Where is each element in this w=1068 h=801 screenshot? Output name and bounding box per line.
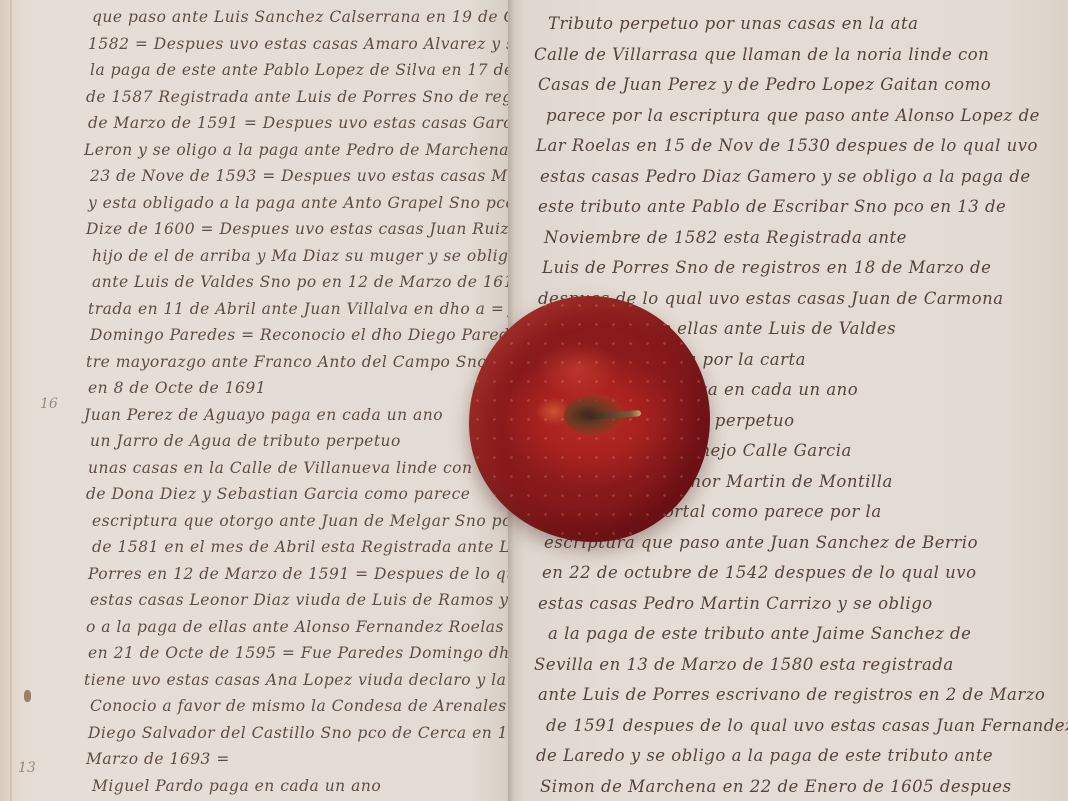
manuscript-line: Luis de Porres Sno de registros en 18 de… xyxy=(542,258,991,277)
manuscript-line: Diego Salvador del Castillo Sno pco de C… xyxy=(88,724,512,742)
manuscript-line: Marzo de 1693 = xyxy=(86,750,230,768)
manuscript-line: Conocio a favor de mismo la Condesa de A… xyxy=(90,697,507,715)
manuscript-line: a la paga de este tributo ante Jaime San… xyxy=(548,624,971,643)
margin-note: 13 xyxy=(18,760,36,776)
manuscript-line: 23 de Nove de 1593 = Despues uvo estas c… xyxy=(90,167,512,185)
manuscript-line: estas casas Leonor Diaz viuda de Luis de… xyxy=(90,591,512,609)
margin-note: 16 xyxy=(40,396,58,412)
manuscript-line: tre mayorazgo ante Franco Anto del Campo… xyxy=(86,353,512,371)
manuscript-line: Dize de 1600 = Despues uvo estas casas J… xyxy=(86,220,512,238)
manuscript-line: de Marzo de 1591 = Despues uvo estas cas… xyxy=(88,114,512,132)
manuscript-line: de 1581 en el mes de Abril esta Registra… xyxy=(92,538,512,556)
manuscript-line: Simon de Marchena en 22 de Enero de 1605… xyxy=(540,777,1012,796)
manuscript-line: Juan Perez de Aguayo paga en cada un ano xyxy=(84,406,443,424)
manuscript-line: Leron y se oligo a la paga ante Pedro de… xyxy=(84,141,509,159)
manuscript-left-page: que paso ante Luis Sanchez Calserrana en… xyxy=(0,0,512,801)
manuscript-line: escriptura que otorgo ante Juan de Melga… xyxy=(92,512,512,530)
manuscript-line: este tributo ante Pablo de Escribar Sno … xyxy=(538,197,1006,216)
apple xyxy=(469,296,710,542)
manuscript-line: Domingo Paredes = Reconocio el dho Diego… xyxy=(90,326,512,344)
manuscript-line: estas casas Pedro Diaz Gamero y se oblig… xyxy=(540,167,1031,186)
manuscript-line: de 1591 despues de lo qual uvo estas cas… xyxy=(546,716,1068,735)
manuscript-line: 1582 = Despues uvo estas casas Amaro Alv… xyxy=(88,35,512,53)
manuscript-line: Calle de Villarrasa que llaman de la nor… xyxy=(534,45,989,64)
manuscript-line: o a la paga de ellas ante Alonso Fernand… xyxy=(86,618,512,636)
manuscript-line: Porres en 12 de Marzo de 1591 = Despues … xyxy=(88,565,512,583)
manuscript-line: unas casas en la Calle de Villanueva lin… xyxy=(88,459,472,477)
manuscript-line: de 1587 Registrada ante Luis de Porres S… xyxy=(86,88,512,106)
manuscript-line: Miguel Pardo paga en cada un ano xyxy=(92,777,381,795)
manuscript-line: y esta obligado a la paga ante Anto Grap… xyxy=(88,194,512,212)
manuscript-line: parece por la escriptura que paso ante A… xyxy=(546,106,1040,125)
manuscript-line: un Jarro de Agua de tributo perpetuo xyxy=(90,432,401,450)
manuscript-line: Casas de Juan Perez y de Pedro Lopez Gai… xyxy=(538,75,991,94)
manuscript-line: trada en 11 de Abril ante Juan Villalva … xyxy=(88,300,512,318)
manuscript-line: en 21 de Octe de 1595 = Fue Paredes Domi… xyxy=(88,644,512,662)
manuscript-line: la paga de este ante Pablo Lopez de Silv… xyxy=(90,61,512,79)
manuscript-line: hijo de el de arriba y Ma Diaz su muger … xyxy=(92,247,512,265)
manuscript-line: en 8 de Octe de 1691 xyxy=(88,379,266,397)
manuscript-line: de Laredo y se obligo a la paga de este … xyxy=(536,746,993,765)
photo-scene: que paso ante Luis Sanchez Calserrana en… xyxy=(0,0,1068,801)
ink-stain xyxy=(24,690,31,702)
manuscript-line: de Dona Diez y Sebastian Garcia como par… xyxy=(86,485,470,503)
manuscript-line: ante Luis de Valdes Sno po en 12 de Marz… xyxy=(92,273,512,291)
manuscript-line: que paso ante Luis Sanchez Calserrana en… xyxy=(92,8,512,26)
manuscript-line: Lar Roelas en 15 de Nov de 1530 despues … xyxy=(536,136,1038,155)
manuscript-line: tiene uvo estas casas Ana Lopez viuda de… xyxy=(84,671,506,689)
manuscript-line: ante Luis de Porres escrivano de registr… xyxy=(538,685,1045,704)
manuscript-line: en 22 de octubre de 1542 despues de lo q… xyxy=(542,563,977,582)
manuscript-line: Sevilla en 13 de Marzo de 1580 esta regi… xyxy=(534,655,954,674)
manuscript-line: Tributo perpetuo por unas casas en la at… xyxy=(548,14,918,33)
manuscript-line: Noviembre de 1582 esta Registrada ante xyxy=(544,228,907,247)
manuscript-line: estas casas Pedro Martin Carrizo y se ob… xyxy=(538,594,933,613)
